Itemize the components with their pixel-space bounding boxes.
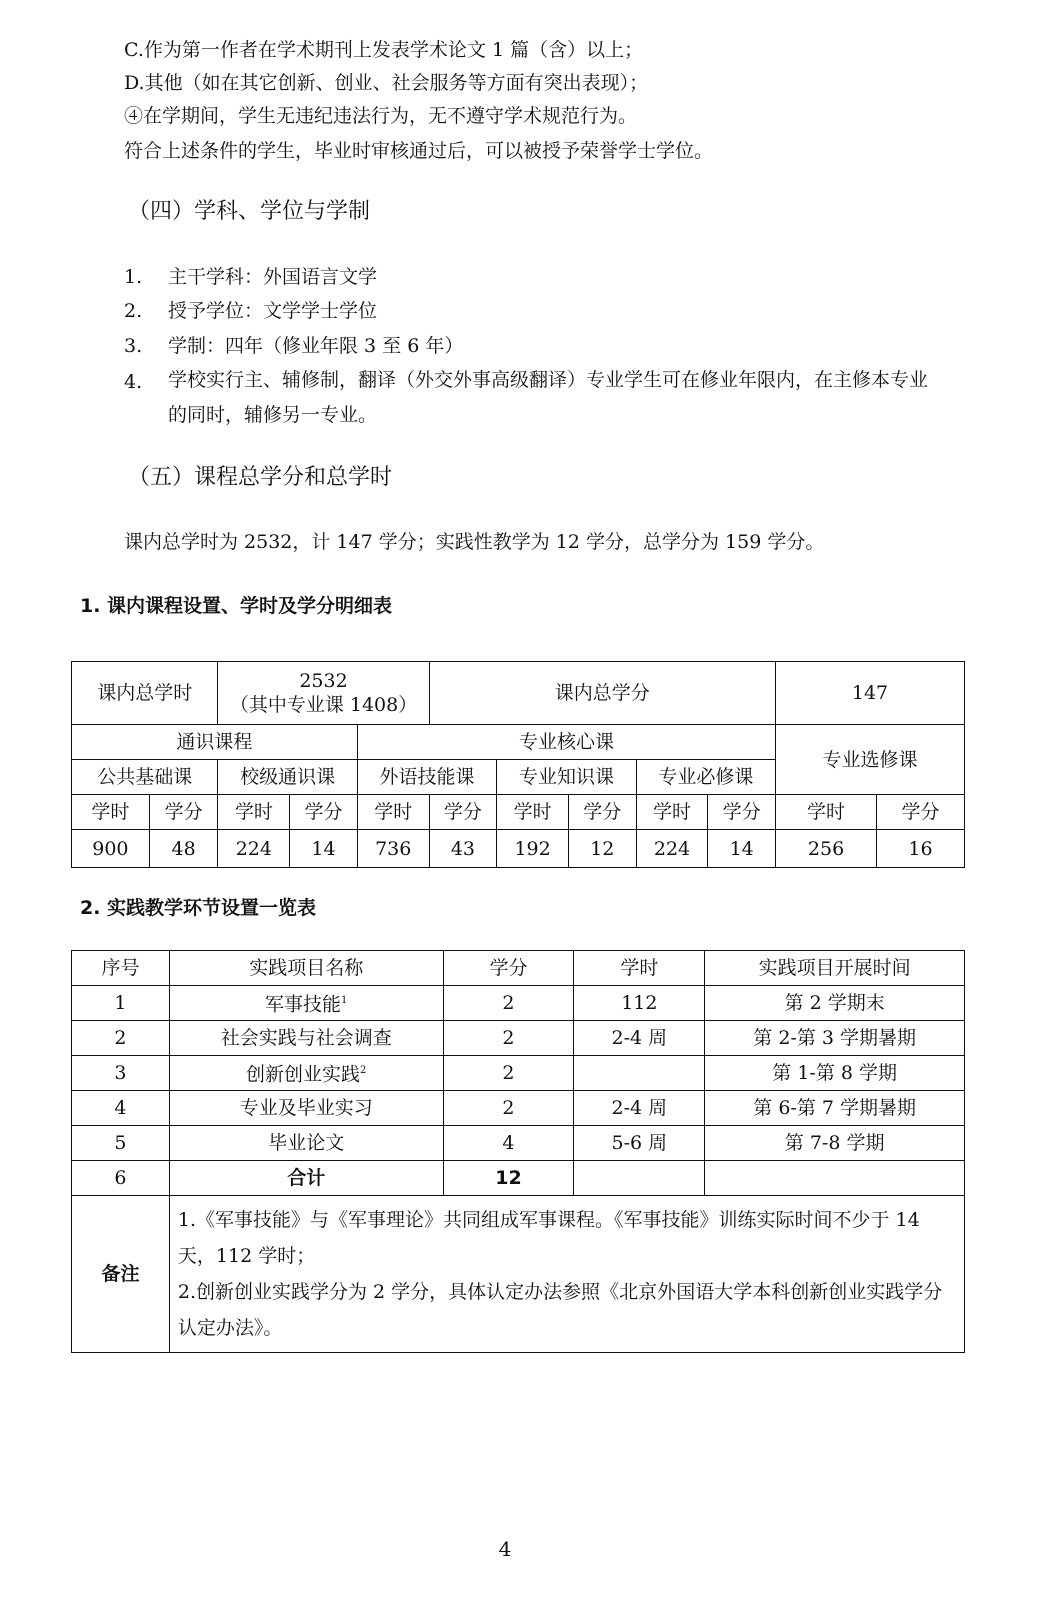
total-label: 合计 — [169, 1161, 443, 1196]
credits-summary: 课内总学时为 2532，计 147 学分；实践性教学为 12 学分，总学分为 1… — [124, 530, 824, 554]
intro-line-conclusion: 符合上述条件的学生，毕业时审核通过后，可以被授予荣誉学士学位。 — [124, 139, 713, 163]
row-time: 第 2 学期末 — [705, 986, 965, 1021]
footnote-marker: 2 — [360, 1065, 366, 1076]
value-cell: 224 — [636, 830, 708, 868]
col-credits: 学分 — [290, 795, 358, 830]
total-hours-value: 2532 — [218, 669, 428, 693]
header-no: 序号 — [72, 951, 170, 986]
list-item-text: 学制：四年（修业年限 3 至 6 年） — [168, 334, 463, 358]
row-name: 专业及毕业实习 — [169, 1091, 443, 1126]
total-credits: 12 — [443, 1161, 574, 1196]
value-cell: 14 — [290, 830, 358, 868]
list-item-number: 1. — [124, 265, 142, 289]
list-item-number: 2. — [124, 299, 142, 323]
col-credits: 学分 — [568, 795, 636, 830]
row-credits: 2 — [443, 1021, 574, 1056]
col-credits: 学分 — [877, 795, 965, 830]
notes-label: 备注 — [72, 1196, 170, 1353]
row-hours — [574, 1056, 705, 1091]
row-name: 军事技能1 — [169, 986, 443, 1021]
list-item-text: 主干学科：外国语言文学 — [168, 265, 377, 289]
value-cell: 736 — [357, 830, 429, 868]
group-elective: 专业选修课 — [776, 725, 965, 795]
practice-teaching-table: 序号 实践项目名称 学分 学时 实践项目开展时间 1 军事技能1 2 112 第… — [71, 950, 965, 1353]
group-general: 通识课程 — [72, 725, 358, 760]
course-credits-table: 课内总学时 2532 （其中专业课 1408） 课内总学分 147 通识课程 专… — [71, 661, 965, 868]
col-hours: 学时 — [218, 795, 290, 830]
row-credits: 4 — [443, 1126, 574, 1161]
sub-public-basic: 公共基础课 — [72, 760, 218, 795]
table-row-total: 6 合计 12 — [72, 1161, 965, 1196]
row-name: 毕业论文 — [169, 1126, 443, 1161]
row-time: 第 7-8 学期 — [705, 1126, 965, 1161]
row-hours: 2-4 周 — [574, 1091, 705, 1126]
notes-content: 1.《军事技能》与《军事理论》共同组成军事课程。《军事技能》训练实际时间不少于 … — [169, 1196, 964, 1353]
row-name-text: 毕业论文 — [268, 1132, 344, 1154]
row-hours: 5-6 周 — [574, 1126, 705, 1161]
header-name: 实践项目名称 — [169, 951, 443, 986]
value-cell: 192 — [497, 830, 569, 868]
col-credits: 学分 — [708, 795, 776, 830]
row-no: 1 — [72, 986, 170, 1021]
sub-school-general: 校级通识课 — [218, 760, 357, 795]
value-cell: 224 — [218, 830, 290, 868]
row-name: 创新创业实践2 — [169, 1056, 443, 1091]
row-no: 6 — [72, 1161, 170, 1196]
intro-line-c: C.作为第一作者在学术期刊上发表学术论文 1 篇（含）以上； — [124, 38, 643, 62]
row-name: 社会实践与社会调查 — [169, 1021, 443, 1056]
total-credits-value: 147 — [776, 662, 965, 725]
row-no: 2 — [72, 1021, 170, 1056]
row-hours: 2-4 周 — [574, 1021, 705, 1056]
value-cell: 43 — [429, 830, 497, 868]
header-time: 实践项目开展时间 — [705, 951, 965, 986]
table2-heading: 2. 实践教学环节设置一览表 — [80, 896, 316, 920]
list-item-text: 授予学位：文学学士学位 — [168, 299, 377, 323]
row-name-text: 创新创业实践 — [246, 1064, 360, 1086]
row-name-text: 军事技能 — [265, 994, 341, 1016]
sub-language-skills: 外语技能课 — [357, 760, 496, 795]
col-hours: 学时 — [497, 795, 569, 830]
list-item-text: 学校实行主、辅修制，翻译（外交外事高级翻译）专业学生可在修业年限内，在主修本专业… — [168, 363, 938, 433]
table-row: 4 专业及毕业实习 2 2-4 周 第 6-第 7 学期暑期 — [72, 1091, 965, 1126]
row-time: 第 1-第 8 学期 — [705, 1056, 965, 1091]
value-cell: 12 — [568, 830, 636, 868]
table1-heading: 1. 课内课程设置、学时及学分明细表 — [80, 594, 392, 618]
col-hours: 学时 — [636, 795, 708, 830]
note-2: 2.创新创业实践学分为 2 学分，具体认定办法参照《北京外国语大学本科创新创业实… — [178, 1274, 958, 1346]
sub-professional-knowledge: 专业知识课 — [497, 760, 636, 795]
sub-professional-required: 专业必修课 — [636, 760, 775, 795]
list-item-number: 3. — [124, 334, 142, 358]
table-row: 5 毕业论文 4 5-6 周 第 7-8 学期 — [72, 1126, 965, 1161]
list-item-number: 4. — [124, 370, 142, 394]
row-name-text: 专业及毕业实习 — [240, 1097, 373, 1119]
table-row: 2 社会实践与社会调查 2 2-4 周 第 2-第 3 学期暑期 — [72, 1021, 965, 1056]
value-cell: 48 — [149, 830, 218, 868]
group-core: 专业核心课 — [357, 725, 775, 760]
table-row: 3 创新创业实践2 2 第 1-第 8 学期 — [72, 1056, 965, 1091]
value-cell: 14 — [708, 830, 776, 868]
row-time: 第 2-第 3 学期暑期 — [705, 1021, 965, 1056]
col-hours: 学时 — [72, 795, 150, 830]
section4-title: （四）学科、学位与学制 — [128, 198, 370, 226]
row-credits: 2 — [443, 1091, 574, 1126]
row-no: 3 — [72, 1056, 170, 1091]
value-cell: 16 — [877, 830, 965, 868]
footnote-marker: 1 — [341, 995, 347, 1006]
header-hours: 学时 — [574, 951, 705, 986]
total-hours-label: 课内总学时 — [72, 662, 218, 725]
section5-title: （五）课程总学分和总学时 — [128, 464, 392, 492]
total-hours-note: （其中专业课 1408） — [218, 693, 428, 717]
col-credits: 学分 — [149, 795, 218, 830]
col-hours: 学时 — [776, 795, 877, 830]
row-hours: 112 — [574, 986, 705, 1021]
value-cell: 900 — [72, 830, 150, 868]
intro-line-d: D.其他（如在其它创新、创业、社会服务等方面有突出表现）； — [124, 71, 648, 95]
row-credits: 2 — [443, 986, 574, 1021]
row-time: 第 6-第 7 学期暑期 — [705, 1091, 965, 1126]
row-credits: 2 — [443, 1056, 574, 1091]
table-row: 1 军事技能1 2 112 第 2 学期末 — [72, 986, 965, 1021]
row-no: 4 — [72, 1091, 170, 1126]
row-time — [705, 1161, 965, 1196]
value-cell: 256 — [776, 830, 877, 868]
page-number: 4 — [0, 1537, 1010, 1561]
intro-line-conduct: ④在学期间，学生无违纪违法行为，无不遵守学术规范行为。 — [124, 104, 637, 128]
total-credits-label: 课内总学分 — [429, 662, 775, 725]
row-name-text: 社会实践与社会调查 — [221, 1027, 392, 1049]
col-credits: 学分 — [429, 795, 497, 830]
total-hours-cell: 2532 （其中专业课 1408） — [218, 662, 429, 725]
header-credits: 学分 — [443, 951, 574, 986]
col-hours: 学时 — [357, 795, 429, 830]
row-no: 5 — [72, 1126, 170, 1161]
note-1: 1.《军事技能》与《军事理论》共同组成军事课程。《军事技能》训练实际时间不少于 … — [178, 1202, 958, 1274]
row-hours — [574, 1161, 705, 1196]
notes-row: 备注 1.《军事技能》与《军事理论》共同组成军事课程。《军事技能》训练实际时间不… — [72, 1196, 965, 1353]
